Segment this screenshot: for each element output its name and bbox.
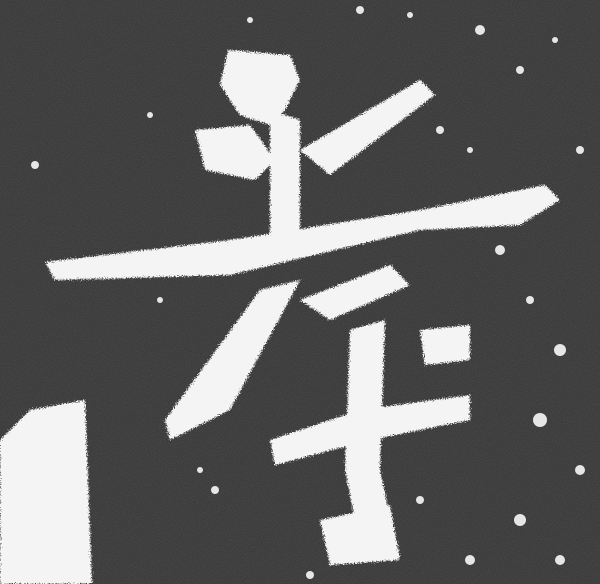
rubbing-image	[0, 0, 600, 584]
character-rubbing	[0, 0, 600, 584]
